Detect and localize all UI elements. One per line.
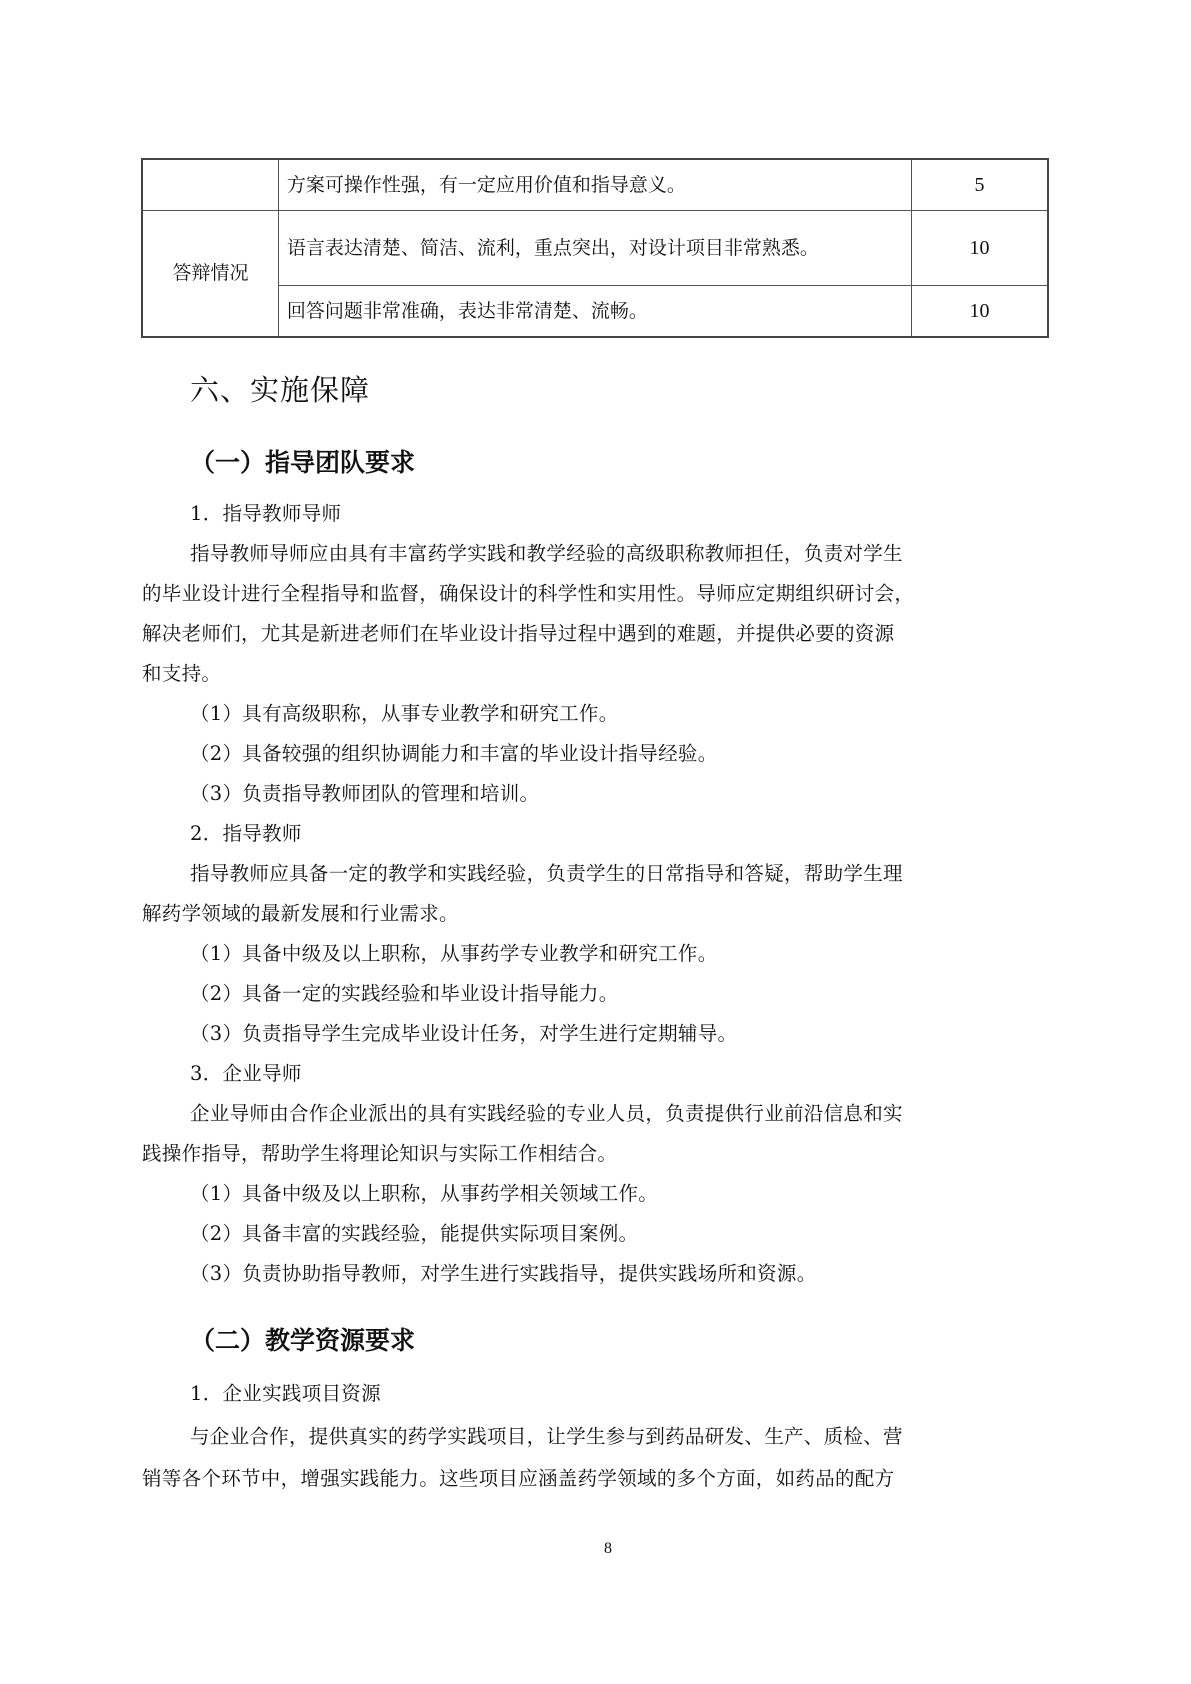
list-item: （2）具备丰富的实践经验，能提供实际项目案例。 xyxy=(190,1222,638,1246)
criteria-cell: 方案可操作性强，有一定应用价值和指导意义。 xyxy=(278,159,911,211)
list-item: （1）具有高级职称，从事专业教学和研究工作。 xyxy=(190,702,619,726)
item-heading: 3．企业导师 xyxy=(190,1062,302,1086)
list-item: （2）具备较强的组织协调能力和丰富的毕业设计指导经验。 xyxy=(190,742,718,766)
table-row: 方案可操作性强，有一定应用价值和指导意义。 5 xyxy=(142,159,1048,211)
category-cell xyxy=(142,159,278,211)
scoring-table: 方案可操作性强，有一定应用价值和指导意义。 5 答辩情况 语言表达清楚、简洁、流… xyxy=(141,158,1049,338)
list-item: （3）负责指导教师团队的管理和培训。 xyxy=(190,782,539,806)
paragraph-line: 践操作指导，帮助学生将理论知识与实际工作相结合。 xyxy=(142,1142,617,1166)
list-item: （1）具备中级及以上职称，从事药学相关领域工作。 xyxy=(190,1182,658,1206)
paragraph-line: 与企业合作，提供真实的药学实践项目，让学生参与到药品研发、生产、质检、营 xyxy=(190,1425,903,1449)
criteria-cell: 语言表达清楚、简洁、流利，重点突出，对设计项目非常熟悉。 xyxy=(278,211,911,286)
criteria-cell: 回答问题非常准确，表达非常清楚、流畅。 xyxy=(278,286,911,338)
table-row: 回答问题非常准确，表达非常清楚、流畅。 10 xyxy=(142,286,1048,338)
paragraph-line: 销等各个环节中，增强实践能力。这些项目应涵盖药学领域的多个方面，如药品的配方 xyxy=(142,1467,894,1491)
points-cell: 5 xyxy=(912,159,1048,211)
paragraph-line: 指导教师应具备一定的教学和实践经验，负责学生的日常指导和答疑，帮助学生理 xyxy=(190,862,903,886)
section-heading: 六、实施保障 xyxy=(190,368,370,409)
list-item: （3）负责指导学生完成毕业设计任务，对学生进行定期辅导。 xyxy=(190,1022,737,1046)
paragraph-line: 指导教师导师应由具有丰富药学实践和教学经验的高级职称教师担任，负责对学生 xyxy=(190,542,903,566)
table-row: 答辩情况 语言表达清楚、简洁、流利，重点突出，对设计项目非常熟悉。 10 xyxy=(142,211,1048,286)
subsection-heading: （二）教学资源要求 xyxy=(190,1321,415,1357)
item-heading: 1．企业实践项目资源 xyxy=(190,1382,381,1406)
list-item: （3）负责协助指导教师，对学生进行实践指导，提供实践场所和资源。 xyxy=(190,1262,817,1286)
subsection-heading: （一）指导团队要求 xyxy=(190,443,415,479)
item-heading: 1．指导教师导师 xyxy=(190,502,341,526)
points-cell: 10 xyxy=(912,286,1048,338)
paragraph-line: 企业导师由合作企业派出的具有实践经验的专业人员，负责提供行业前沿信息和实 xyxy=(190,1102,903,1126)
list-item: （1）具备中级及以上职称，从事药学专业教学和研究工作。 xyxy=(190,942,718,966)
paragraph-line: 解决老师们，尤其是新进老师们在毕业设计指导过程中遇到的难题，并提供必要的资源 xyxy=(142,622,894,646)
paragraph-line: 解药学领域的最新发展和行业需求。 xyxy=(142,902,459,926)
paragraph-line: 和支持。 xyxy=(142,662,221,686)
page-number: 8 xyxy=(604,1540,612,1558)
points-cell: 10 xyxy=(912,211,1048,286)
list-item: （2）具备一定的实践经验和毕业设计指导能力。 xyxy=(190,982,619,1006)
paragraph-line: 的毕业设计进行全程指导和监督，确保设计的科学性和实用性。导师应定期组织研讨会， xyxy=(142,582,914,606)
category-cell: 答辩情况 xyxy=(142,211,278,338)
item-heading: 2．指导教师 xyxy=(190,822,302,846)
document-page: 方案可操作性强，有一定应用价值和指导意义。 5 答辩情况 语言表达清楚、简洁、流… xyxy=(0,0,1191,1684)
